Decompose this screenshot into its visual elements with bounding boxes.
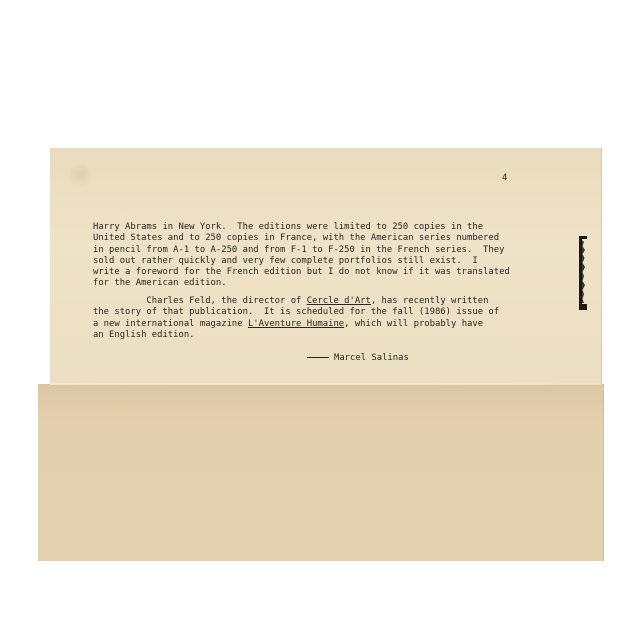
- text-segment: a new international magazine: [93, 319, 248, 329]
- text-line: Harry Abrams in New York. The editions w…: [93, 222, 510, 233]
- fold-crease: [50, 383, 601, 385]
- paragraph-1: Harry Abrams in New York. The editions w…: [93, 222, 510, 290]
- text-line: United States and to 250 copies in Franc…: [93, 233, 510, 244]
- page-number: 4: [502, 173, 507, 184]
- text-line: for the American edition.: [93, 278, 510, 289]
- text-segment: Charles Feld, the director of: [93, 296, 307, 306]
- signature-name: Marcel Salinas: [334, 353, 409, 363]
- paper-smudge: [70, 160, 92, 188]
- text-line: in pencil from A-1 to A-250 and from F-1…: [93, 245, 510, 256]
- text-segment: , which will probably have: [344, 319, 483, 329]
- magazine-name: L'Aventure Humaine: [248, 319, 344, 329]
- text-segment: , has recently written: [371, 296, 489, 306]
- paragraph-2: Charles Feld, the director of Cercle d'A…: [93, 296, 499, 341]
- text-line: an English edition.: [93, 330, 499, 341]
- bracket-mark-icon: [579, 236, 587, 310]
- text-line: sold out rather quickly and very few com…: [93, 256, 510, 267]
- publisher-name: Cercle d'Art: [307, 296, 371, 306]
- text-line: the story of that publication. It is sch…: [93, 307, 499, 318]
- signature-line: Marcel Salinas: [307, 353, 409, 364]
- text-line: Charles Feld, the director of Cercle d'A…: [93, 296, 499, 307]
- sheet-lower-panel: [38, 384, 603, 561]
- text-line: a new international magazine L'Aventure …: [93, 319, 499, 330]
- signature-dash: [307, 357, 329, 358]
- text-line: write a foreword for the French edition …: [93, 267, 510, 278]
